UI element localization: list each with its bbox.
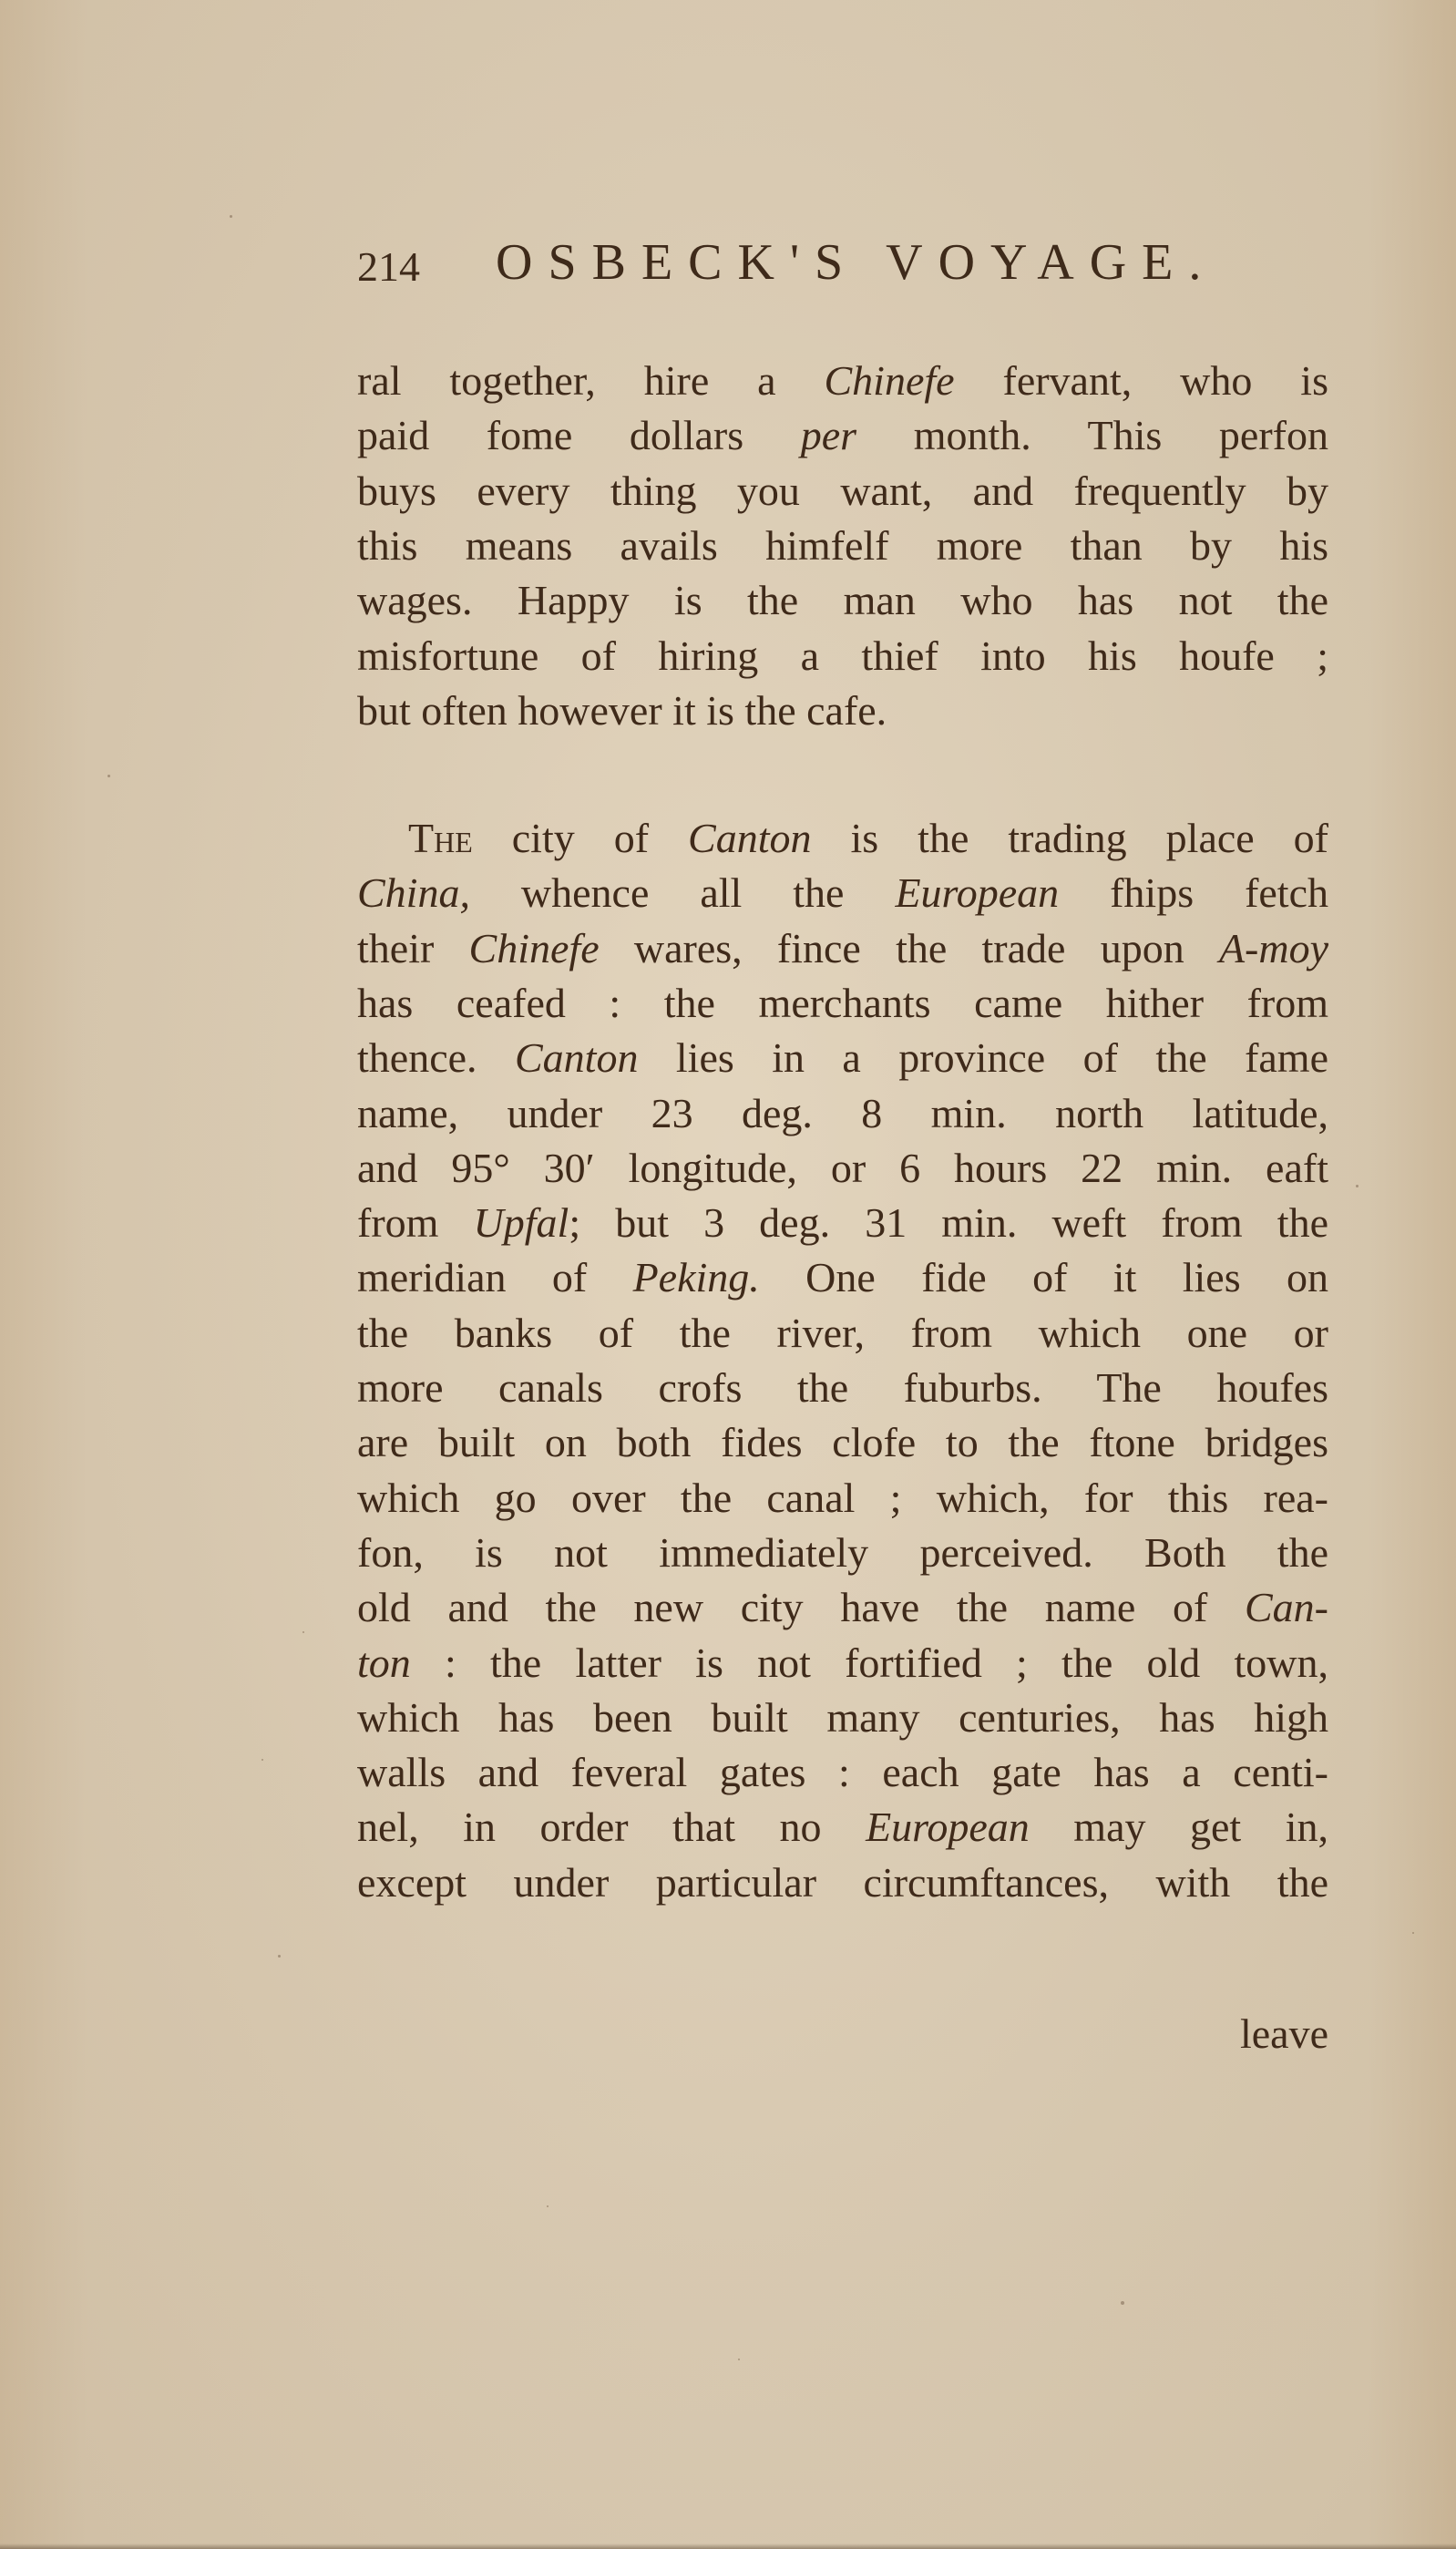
text-line: ton : the latter is not fortified ; the … (357, 1636, 1328, 1691)
page-header: 214 OSBECK'S VOYAGE. (357, 228, 1341, 301)
text-line: China, whence all the European fhips fet… (357, 866, 1328, 920)
italic-term: Can- (1245, 1584, 1328, 1630)
text-line: the banks of the river, from which one o… (357, 1306, 1328, 1361)
text-line: name, under 23 deg. 8 min. north latitud… (357, 1086, 1328, 1141)
text-line: misfortune of hiring a thief into his ho… (357, 629, 1328, 684)
paper-speck (261, 1759, 263, 1761)
text-line: The city of Canton is the trading place … (408, 811, 1328, 866)
paper-speck (738, 2359, 740, 2360)
paper-speck (547, 2205, 549, 2207)
text-line: buys every thing you want, and frequentl… (357, 464, 1328, 519)
italic-term: Canton (515, 1034, 638, 1081)
text-line: nel, in order that no European may get i… (357, 1800, 1328, 1855)
text-line: paid fome dollars per month. This perfon (357, 408, 1328, 463)
paper-speck (230, 215, 232, 218)
paper-speck (302, 1631, 304, 1633)
paper-speck (1121, 2301, 1124, 2305)
text-line: which go over the canal ; which, for thi… (357, 1471, 1328, 1526)
page-edge (0, 2544, 1456, 2549)
italic-term: China, (357, 869, 470, 916)
italic-term: Chinefe (825, 357, 955, 404)
italic-term: Peking. (633, 1254, 760, 1300)
paper-speck (1356, 1185, 1359, 1187)
text-line: fon, is not immediately perceived. Both … (357, 1526, 1328, 1580)
text-line: has ceafed : the merchants came hither f… (357, 976, 1328, 1031)
italic-term: per (801, 412, 856, 458)
text-line: but often however it is the cafe. (357, 684, 1328, 738)
paper-speck (1412, 1932, 1414, 1934)
page-number: 214 (357, 242, 420, 291)
italic-term: Upfal (474, 1199, 569, 1246)
italic-term: Canton (688, 815, 811, 861)
text-line: thence. Canton lies in a province of the… (357, 1031, 1328, 1085)
italic-term: Chinefe (469, 925, 600, 971)
paper-speck (108, 775, 110, 777)
italic-term: ton (357, 1639, 411, 1686)
text-line: ral together, hire a Chinefe fervant, wh… (357, 354, 1328, 408)
text-line: wages. Happy is the man who has not the (357, 573, 1328, 628)
catchword: leave (357, 2007, 1328, 2061)
text-line: more canals crofs the fuburbs. The houfe… (357, 1361, 1328, 1415)
text-line: from Upfal; but 3 deg. 31 min. weft from… (357, 1196, 1328, 1250)
text-line: their Chinefe wares, fince the trade upo… (357, 921, 1328, 976)
text-line: which has been built many centuries, has… (357, 1691, 1328, 1745)
italic-term: European (895, 869, 1059, 916)
paper-speck (278, 1955, 281, 1958)
lead-word: The (408, 815, 473, 861)
text-line: old and the new city have the name of Ca… (357, 1580, 1328, 1635)
running-title: OSBECK'S VOYAGE. (496, 233, 1216, 292)
text-line: and 95° 30′ longitude, or 6 hours 22 min… (357, 1141, 1328, 1196)
text-line: except under particular circumftances, w… (357, 1855, 1328, 1910)
text-line: this means avails himfelf more than by h… (357, 519, 1328, 573)
italic-term: A-moy (1219, 925, 1328, 971)
book-page: 214 OSBECK'S VOYAGE. ral together, hire … (0, 0, 1456, 2549)
text-line: are built on both fides clofe to the fto… (357, 1415, 1328, 1470)
text-line: walls and feveral gates : each gate has … (357, 1745, 1328, 1800)
text-line: meridian of Peking. One fide of it lies … (357, 1250, 1328, 1305)
italic-term: European (866, 1804, 1030, 1850)
